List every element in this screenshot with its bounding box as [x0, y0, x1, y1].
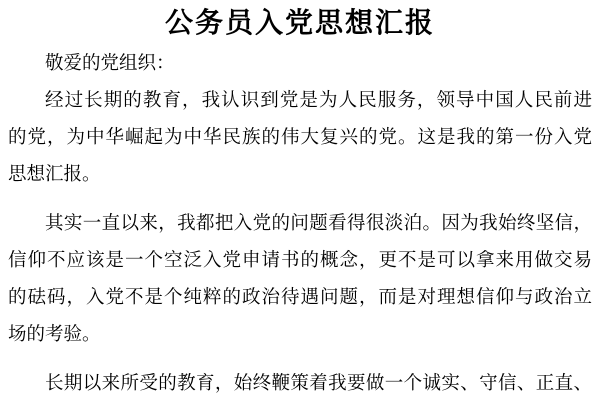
document-body: 敬爱的党组织： 经过长期的教育，我认识到党是为人民服务，领导中国人民前进 的党，…	[0, 46, 600, 400]
text-line: 场的考验。	[8, 317, 592, 354]
paragraph-2: 其实一直以来，我都把入党的问题看得很淡泊。因为我始终坚信， 信仰不应该是一个空泛…	[8, 206, 592, 354]
salutation-line: 敬爱的党组织：	[8, 46, 592, 83]
paragraph-1: 经过长期的教育，我认识到党是为人民服务，领导中国人民前进 的党，为中华崛起为中华…	[8, 83, 592, 194]
text-line: 长期以来所受的教育，始终鞭策着我要做一个诚实、守信、正直、	[8, 366, 592, 400]
text-line: 其实一直以来，我都把入党的问题看得很淡泊。因为我始终坚信，	[8, 206, 592, 243]
text-line: 的砝码，入党不是个纯粹的政治待遇问题，而是对理想信仰与政治立	[8, 280, 592, 317]
document-title: 公务员入党思想汇报	[0, 2, 600, 46]
text-line: 经过长期的教育，我认识到党是为人民服务，领导中国人民前进	[8, 83, 592, 120]
text-line: 思想汇报。	[8, 157, 592, 194]
text-line: 信仰不应该是一个空泛入党申请书的概念，更不是可以拿来用做交易	[8, 243, 592, 280]
text-line: 的党，为中华崛起为中华民族的伟大复兴的党。这是我的第一份入党	[8, 120, 592, 157]
document-page: 公务员入党思想汇报 敬爱的党组织： 经过长期的教育，我认识到党是为人民服务，领导…	[0, 0, 600, 400]
paragraph-3: 长期以来所受的教育，始终鞭策着我要做一个诚实、守信、正直、	[8, 366, 592, 400]
